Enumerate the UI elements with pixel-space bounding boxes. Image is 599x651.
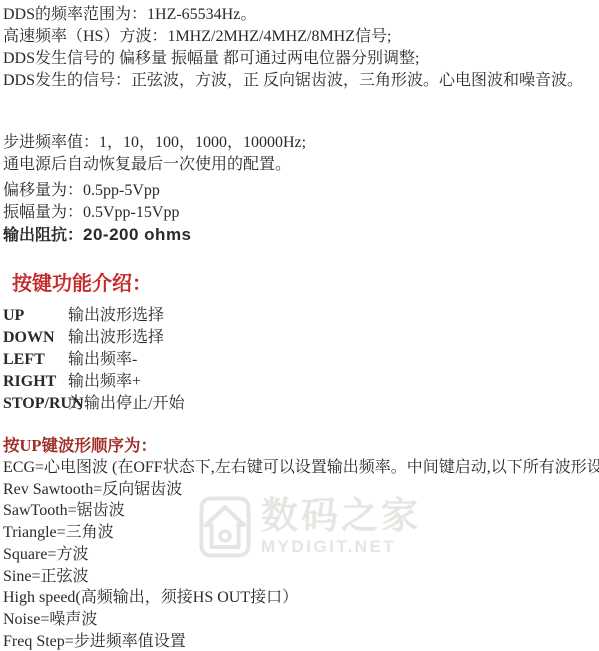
waveform-line: Triangle=三角波 (3, 522, 599, 544)
buttons-table: UP 输出波形选择 DOWN 输出波形选择 LEFT 输出频率- RIGHT 输… (3, 305, 599, 415)
waveform-line: Rev Sawtooth=反向锯齿波 (3, 479, 599, 501)
button-key: RIGHT (3, 371, 68, 393)
impedance-value: 20-200 ohms (83, 225, 192, 244)
button-row: STOP/RUN 为输出停止/开始 (3, 393, 599, 415)
waveform-line: Freq Step=步进频率值设置 (3, 631, 599, 651)
buttons-section-heading: 按键功能介绍： (3, 271, 599, 297)
spec-line: 振幅量为：0.5Vpp-15Vpp (3, 202, 599, 224)
waveform-list: ECG=心电图波 (在OFF状态下,左右键可以设置输出频率。中间键启动,以下所有… (3, 457, 599, 651)
waveform-section-heading: 按UP键波形顺序为： (3, 435, 599, 457)
button-desc: 输出频率- (68, 349, 137, 371)
waveform-line: Square=方波 (3, 544, 599, 566)
spec-line: 步进频率值：1，10，100，1000，10000Hz; (3, 132, 599, 154)
specs-section: 步进频率值：1，10，100，1000，10000Hz; 通电源后自动恢复最后一… (3, 132, 599, 247)
button-key: STOP/RUN (3, 393, 68, 415)
document-page: 数码之家 MYDIGIT.NET DDS的频率范围为：1HZ-65534Hz。 … (0, 0, 599, 651)
button-key: UP (3, 305, 68, 327)
buttons-section: 按键功能介绍： UP 输出波形选择 DOWN 输出波形选择 LEFT 输出频率-… (3, 271, 599, 415)
waveform-line: Sine=正弦波 (3, 566, 599, 588)
waveform-line: High speed(高频输出，须接HS OUT接口） (3, 587, 599, 609)
button-desc: 为输出停止/开始 (68, 393, 184, 415)
impedance-line: 输出阻抗：20-200 ohms (3, 224, 599, 247)
intro-line: 高速频率（HS）方波：1MHZ/2MHZ/4MHZ/8MHZ信号; (3, 26, 599, 48)
document-content: DDS的频率范围为：1HZ-65534Hz。 高速频率（HS）方波：1MHZ/2… (0, 0, 599, 651)
spec-line: 通电源后自动恢复最后一次使用的配置。 (3, 154, 599, 176)
button-row: LEFT 输出频率- (3, 349, 599, 371)
specs-sub-section: 偏移量为：0.5pp-5Vpp 振幅量为：0.5Vpp-15Vpp 输出阻抗：2… (3, 180, 599, 247)
button-row: UP 输出波形选择 (3, 305, 599, 327)
button-key: LEFT (3, 349, 68, 371)
intro-line: DDS的频率范围为：1HZ-65534Hz。 (3, 4, 599, 26)
button-key: DOWN (3, 327, 68, 349)
intro-line: DDS发生信号的 偏移量 振幅量 都可通过两电位器分别调整; (3, 48, 599, 70)
button-desc: 输出波形选择 (68, 327, 164, 349)
button-desc: 输出频率+ (68, 371, 141, 393)
spec-line: 偏移量为：0.5pp-5Vpp (3, 180, 599, 202)
intro-section: DDS的频率范围为：1HZ-65534Hz。 高速频率（HS）方波：1MHZ/2… (3, 4, 599, 92)
waveform-section: 按UP键波形顺序为： ECG=心电图波 (在OFF状态下,左右键可以设置输出频率… (3, 435, 599, 651)
waveform-line: Noise=噪声波 (3, 609, 599, 631)
waveform-line: SawTooth=锯齿波 (3, 500, 599, 522)
button-row: DOWN 输出波形选择 (3, 327, 599, 349)
intro-line: DDS发生的信号：正弦波，方波，正 反向锯齿波，三角形波。心电图波和噪音波。 (3, 70, 599, 92)
button-row: RIGHT 输出频率+ (3, 371, 599, 393)
waveform-line: ECG=心电图波 (在OFF状态下,左右键可以设置输出频率。中间键启动,以下所有… (3, 457, 599, 479)
button-desc: 输出波形选择 (68, 305, 164, 327)
impedance-label: 输出阻抗： (3, 227, 83, 244)
